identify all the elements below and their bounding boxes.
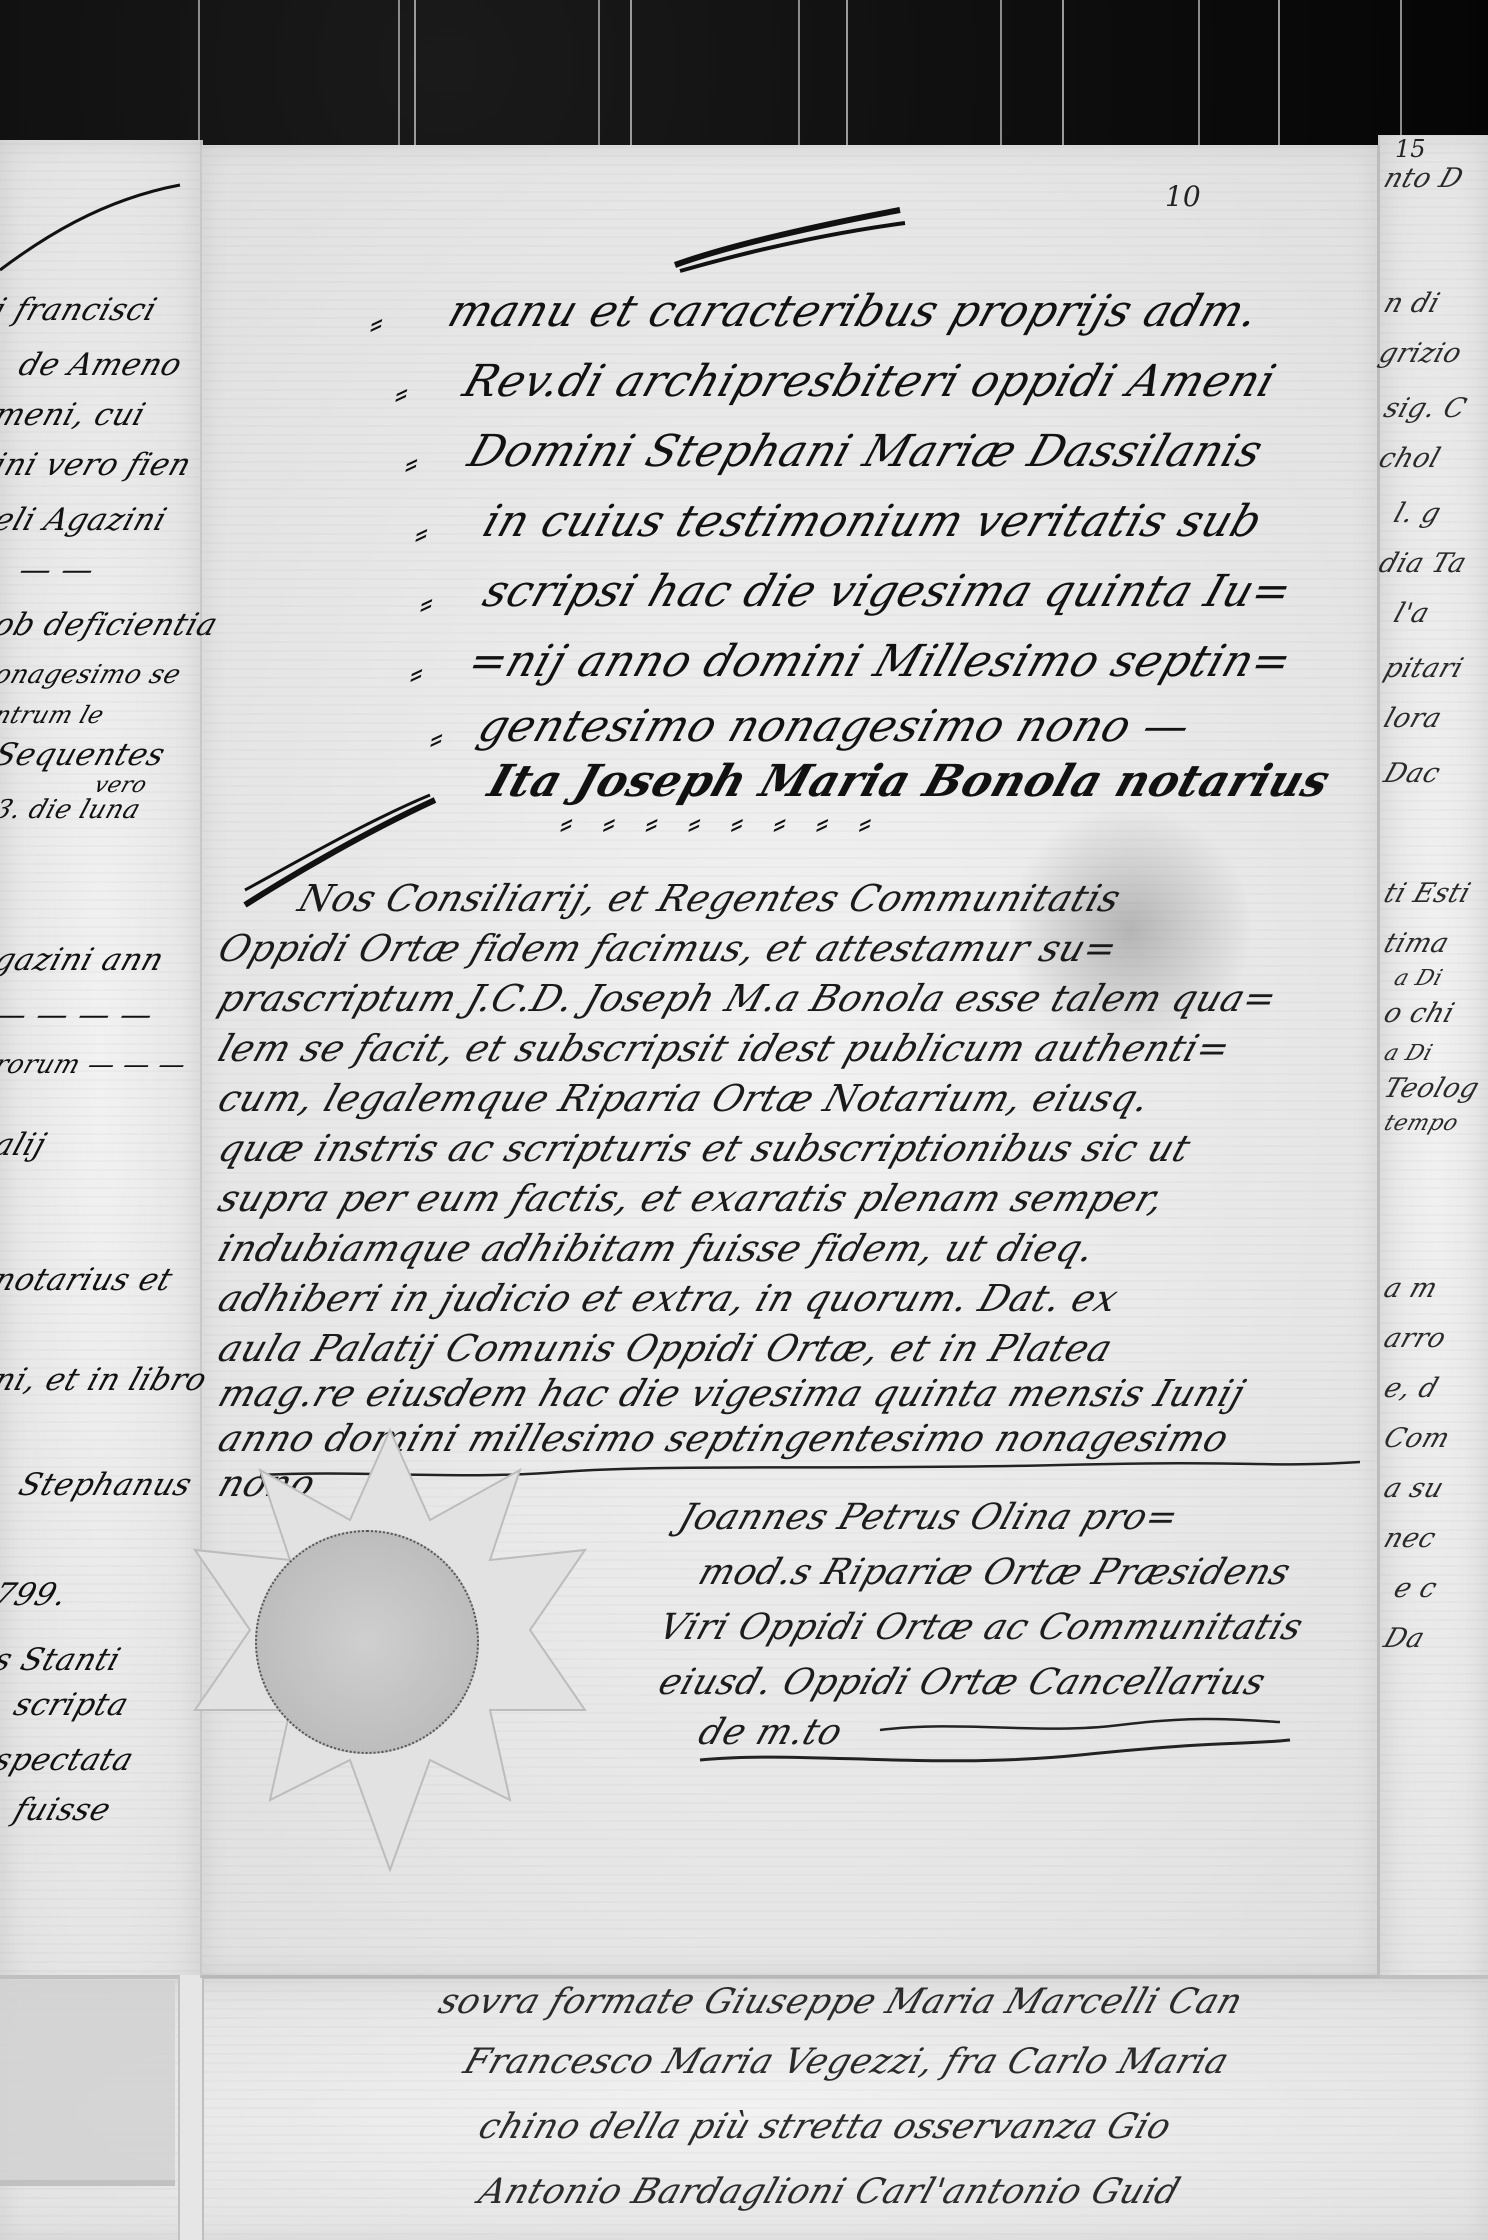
signature-line: mod.s Ripariæ Ortæ Præsidens <box>694 1555 1295 1591</box>
left-margin-line: eli Agazini <box>0 505 170 536</box>
left-margin-line: onagesimo se <box>0 660 185 691</box>
right-margin-line: pitari <box>1381 655 1467 682</box>
certification-line: Oppidi Ortæ fidem facimus, et attestamur… <box>214 930 1122 967</box>
notarial-text-line: scripsi hac die vigesima quinta Iu= <box>478 570 1298 614</box>
notarial-text-line: Domini Stephani Mariæ Dassilanis <box>463 430 1268 474</box>
left-margin-line: Stephanus <box>15 1470 196 1501</box>
margin-flourish-icon <box>0 180 200 280</box>
notary-signature: Ita Joseph Maria Bonola notarius <box>483 760 1335 804</box>
certification-line: quæ instris ac scripturis et subscriptio… <box>214 1130 1195 1167</box>
folio-number-right: 15 <box>1395 135 1426 163</box>
left-margin-line: — — — — <box>0 1000 157 1031</box>
left-margin-line: i francisci <box>0 295 161 326</box>
line-mark: ⸗ <box>430 715 443 760</box>
header-flourish-icon <box>670 205 910 275</box>
right-margin-line: tima <box>1381 930 1453 957</box>
notarial-text-line: gentesimo nonagesimo nono — <box>473 705 1196 749</box>
notarial-text-line: manu et caracteribus proprijs adm. <box>443 290 1265 334</box>
left-margin-line: ini vero fien <box>0 450 195 481</box>
notarial-text-line: =nij anno domini Millesimo septin= <box>463 640 1297 684</box>
right-margin-line: ti Esti <box>1381 880 1474 907</box>
bottom-page-line: sovra formate Giuseppe Maria Marcelli Ca… <box>434 1985 1246 2020</box>
right-margin-line: tempo <box>1381 1110 1462 1137</box>
certification-line: lem se facit, et subscripsit idest publi… <box>214 1030 1235 1067</box>
right-margin-line: nec <box>1381 1525 1440 1552</box>
board-rule-line <box>1400 0 1402 150</box>
right-margin-line: lora <box>1381 705 1446 732</box>
right-margin-line: Com <box>1381 1425 1454 1452</box>
signature-line: eiusd. Oppidi Ortæ Cancellarius <box>654 1665 1270 1701</box>
folio-number-main: 10 <box>1165 180 1201 213</box>
left-margin-line: Sequentes <box>0 740 169 771</box>
left-margin-line: s Stanti <box>0 1645 124 1676</box>
right-margin-line: n di <box>1381 290 1444 317</box>
line-mark: ⸗ <box>420 580 433 625</box>
left-margin-line: scripta <box>10 1690 132 1721</box>
left-margin-line: gazini ann <box>0 945 168 976</box>
certification-line: Nos Consiliarij, et Regentes Communitati… <box>294 880 1125 917</box>
bottom-page-line: Antonio Bardaglioni Carl'antonio Guid <box>474 2175 1184 2210</box>
right-margin-line: nto D <box>1381 165 1467 192</box>
right-margin-line: Teolog <box>1381 1075 1483 1102</box>
certification-line: aula Palatij Comunis Oppidi Ortæ, et in … <box>214 1330 1117 1367</box>
line-mark: ⸗ <box>370 300 383 345</box>
left-margin-line: spectata <box>0 1745 137 1776</box>
folded-page-edge <box>0 1980 175 2186</box>
notarial-text-line: in cuius testimonium veritatis sub <box>478 500 1268 544</box>
board-rule-line <box>198 0 200 150</box>
certification-line: adhiberi in judicio et extra, in quorum.… <box>214 1280 1123 1317</box>
line-mark: ⸗ <box>405 440 418 485</box>
left-margin-line: notarius et <box>0 1265 176 1296</box>
left-margin-line: ni, et in libro <box>0 1365 211 1396</box>
board-rule-line <box>798 0 800 150</box>
bottom-page-line: Francesco Maria Vegezzi, fra Carlo Maria <box>459 2045 1233 2080</box>
right-margin-line: grizio <box>1376 340 1466 367</box>
line-mark: ⸗ <box>410 650 423 695</box>
left-margin-line: rorum — — — <box>0 1050 190 1081</box>
left-margin-line: ntrum le <box>0 700 108 731</box>
right-margin-line: sig. C <box>1381 395 1470 422</box>
right-margin-line: arro <box>1381 1325 1450 1352</box>
line-mark: ⸗ <box>395 370 408 415</box>
binding-gutter <box>178 1975 204 2240</box>
right-margin-line: a m <box>1381 1275 1442 1302</box>
left-margin-line: 799. <box>0 1580 71 1611</box>
signature-line: Joannes Petrus Olina pro= <box>674 1500 1183 1536</box>
certification-line: cum, legalemque Riparia Ortæ Notarium, e… <box>214 1080 1155 1117</box>
board-rule-line <box>1000 0 1002 150</box>
certification-line: indubiamque adhibitam fuisse fidem, ut d… <box>214 1230 1100 1267</box>
signature-line: Viri Oppidi Ortæ ac Communitatis <box>654 1610 1307 1646</box>
wax-seal <box>255 1530 479 1754</box>
right-margin-line: a Di <box>1391 965 1447 992</box>
right-margin-line: e c <box>1391 1575 1441 1602</box>
right-margin-line: a su <box>1381 1475 1448 1502</box>
left-margin-line: ob deficientia <box>0 610 221 641</box>
certification-line: supra per eum factis, et exaratis plenam… <box>214 1180 1169 1217</box>
board-rule-line <box>598 0 600 150</box>
right-margin-line: dia Ta <box>1376 550 1470 577</box>
certification-line: mag.re eiusdem hac die vigesima quinta m… <box>214 1375 1250 1412</box>
right-margin-line: chol <box>1376 445 1444 472</box>
board-rule-line <box>1198 0 1200 150</box>
right-margin-line: e, d <box>1381 1375 1442 1402</box>
left-margin-line: — — <box>15 555 98 586</box>
board-rule-line <box>398 0 400 150</box>
signature-flourish-icon <box>680 1700 1300 1780</box>
right-margin-line: a Di <box>1381 1040 1437 1067</box>
bottom-page-line: chino della più stretta osservanza Gio <box>474 2110 1175 2145</box>
right-margin-line: o chi <box>1381 1000 1458 1027</box>
right-margin-line: l. g <box>1391 500 1445 527</box>
backing-board <box>0 0 1488 160</box>
left-margin-line: fuisse <box>10 1795 115 1826</box>
left-margin-line: 3. die luna <box>0 795 145 826</box>
right-margin-line: Dac <box>1381 760 1444 787</box>
left-margin-line: meni, cui <box>0 400 149 431</box>
notarial-text-line: Rev.di archipresbiteri oppidi Ameni <box>458 360 1281 404</box>
certification-line: prascriptum J.C.D. Joseph M.a Bonola ess… <box>214 980 1282 1017</box>
left-margin-line: de Ameno <box>15 350 186 381</box>
line-mark: ⸗ <box>415 510 428 555</box>
